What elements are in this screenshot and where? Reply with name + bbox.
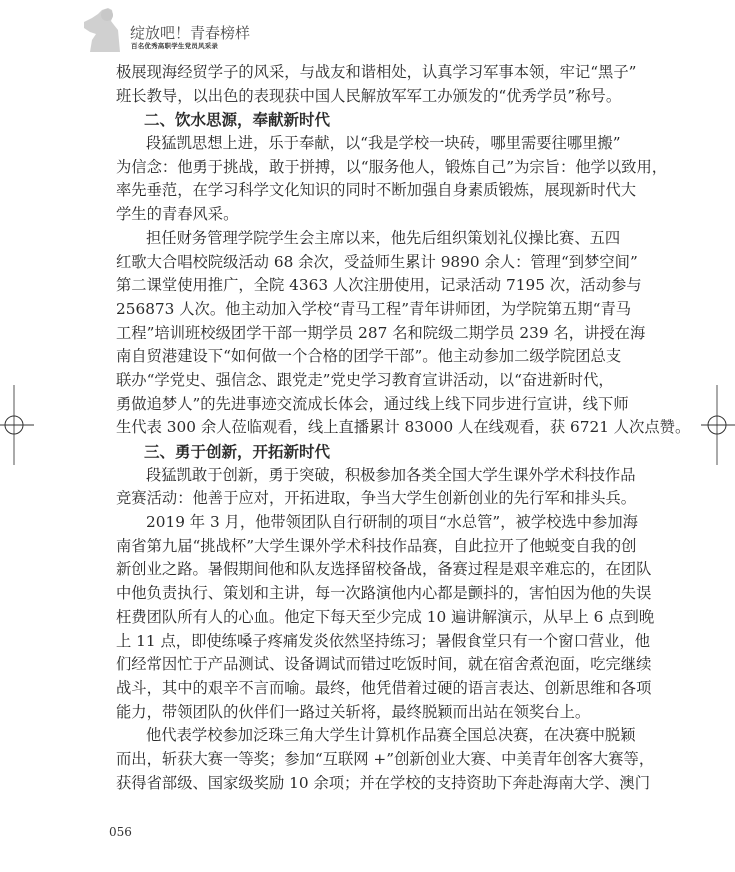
text-line: 第二课堂使用推广，全院 4363 人次注册使用，记录活动 7195 次，活动参与	[116, 274, 604, 298]
saluting-soldier-icon	[78, 2, 128, 52]
header-subtitle: 百名优秀高职学生党员风采录	[131, 41, 218, 50]
text-line: 担任财务管理学院学生会主席以来，他先后组织策划礼仪操比赛、五四	[116, 227, 604, 251]
text-line: 中他负责执行、策划和主讲，每一次路演他内心都是颤抖的，害怕因为他的失误	[116, 582, 604, 606]
text-line: 获得省部级、国家级奖励 10 余项；并在学校的支持资助下奔赴海南大学、澳门	[116, 772, 604, 796]
text-line: 联办“学党史、强信念、跟党走”党史学习教育宣讲活动，以“奋进新时代，	[116, 369, 604, 393]
text-line: 新创业之路。暑假期间他和队友选择留校备战，备赛过程是艰辛难忘的，在团队	[116, 558, 604, 582]
text-line: 南自贸港建设下“如何做一个合格的团学干部”。他主动参加二级学院团总支	[116, 345, 604, 369]
text-line: 勇做追梦人”的先进事迹交流成长体会，通过线上线下同步进行宣讲，线下师	[116, 393, 604, 417]
text-line: 上 11 点，即使练嗓子疼痛发炎依然坚持练习；暑假食堂只有一个窗口营业，他	[116, 630, 604, 654]
text-line: 竞赛活动：他善于应对，开拓进取，争当大学生创新创业的先行军和排头兵。	[116, 487, 604, 511]
registration-mark-icon	[0, 385, 40, 465]
registration-mark-icon	[697, 385, 735, 465]
text-line: 学生的青春风采。	[116, 203, 604, 227]
section-heading: 三、勇于创新，开拓新时代	[116, 440, 604, 464]
page-number: 056	[109, 825, 132, 839]
text-line: 战斗，其中的艰辛不言而喻。最终，他凭借着过硬的语言表达、创新思维和各项	[116, 677, 604, 701]
text-line: 红歌大合唱校院级活动 68 余次，受益师生累计 9890 余人：管理“到梦空间”	[116, 251, 604, 275]
text-line: 极展现海经贸学子的风采，与战友和谐相处，认真学习军事本领，牢记“黑子”	[116, 61, 604, 85]
header-title: 绽放吧！青春榜样	[130, 22, 250, 43]
text-line: 2019 年 3 月，他带领团队自行研制的项目“水总管”，被学校选中参加海	[116, 511, 604, 535]
text-line: 256873 人次。他主动加入学校“青马工程”青年讲师团，为学院第五期“青马	[116, 298, 604, 322]
text-line: 枉费团队所有人的心血。他定下每天至少完成 10 遍讲解演示，从早上 6 点到晚	[116, 606, 604, 630]
text-line: 而出，斩获大赛一等奖；参加“互联网 +”创新创业大赛、中美青年创客大赛等，	[116, 748, 604, 772]
page-header: 绽放吧！青春榜样 百名优秀高职学生党员风采录	[78, 2, 338, 52]
section-heading: 二、饮水思源，奉献新时代	[116, 108, 604, 132]
text-line: 他代表学校参加泛珠三角大学生计算机作品赛全国总决赛，在决赛中脱颖	[116, 724, 604, 748]
text-line: 们经常因忙于产品测试、设备调试而错过吃饭时间，就在宿舍煮泡面，吃完继续	[116, 653, 604, 677]
text-line: 段猛凯思想上进，乐于奉献，以“我是学校一块砖，哪里需要往哪里搬”	[116, 132, 604, 156]
text-line: 工程”培训班校级团学干部一期学员 287 名和院级二期学员 239 名，讲授在海	[116, 322, 604, 346]
text-line: 段猛凯敢于创新，勇于突破，积极参加各类全国大学生课外学术科技作品	[116, 464, 604, 488]
text-line: 为信念：他勇于挑战，敢于拼搏，以“服务他人，锻炼自己”为宗旨：他学以致用，	[116, 156, 604, 180]
text-line: 率先垂范，在学习科学文化知识的同时不断加强自身素质锻炼，展现新时代大	[116, 179, 604, 203]
text-line: 南省第九届“挑战杯”大学生课外学术科技作品赛，自此拉开了他蜕变自我的创	[116, 535, 604, 559]
text-line: 班长教导，以出色的表现获中国人民解放军军工办颁发的“优秀学员”称号。	[116, 85, 604, 109]
body-text: 极展现海经贸学子的风采，与战友和谐相处，认真学习军事本领，牢记“黑子” 班长教导…	[116, 61, 604, 795]
text-line: 生代表 300 余人莅临观看，线上直播累计 83000 人在线观看，获 6721…	[116, 416, 604, 440]
text-line: 能力，带领团队的伙伴们一路过关斩将，最终脱颖而出站在领奖台上。	[116, 701, 604, 725]
